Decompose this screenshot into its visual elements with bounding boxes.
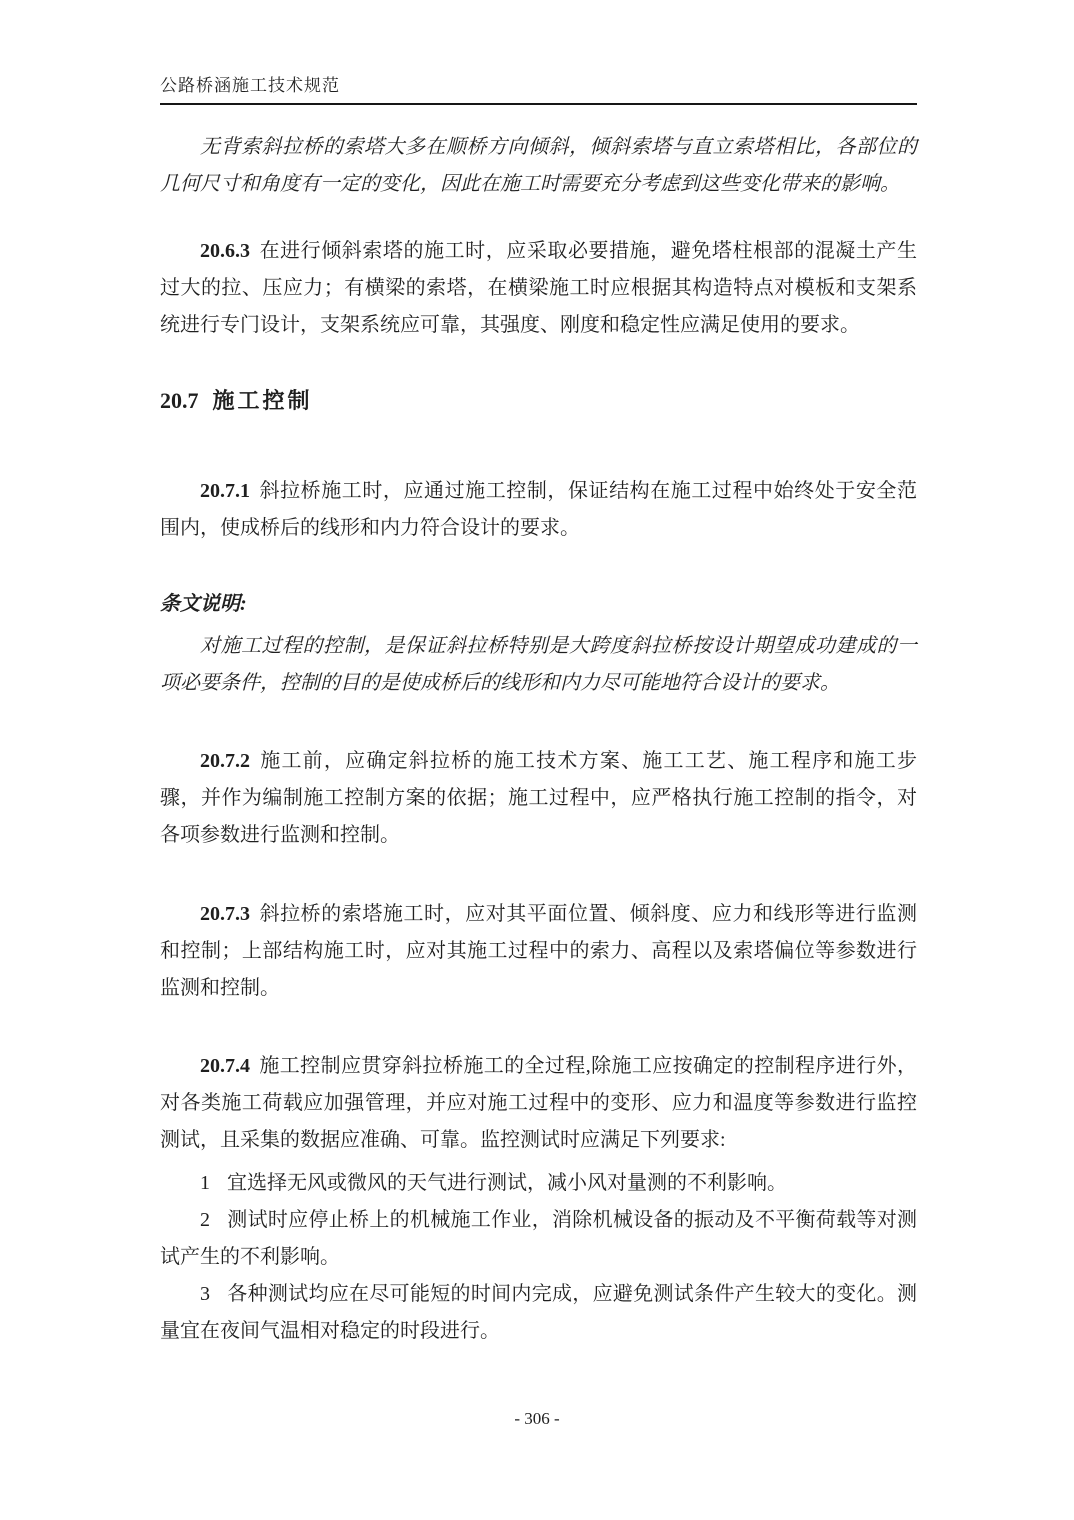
- clause-20-7-4-number: 20.7.4: [200, 1055, 250, 1077]
- clause-20-7-3: 20.7.3斜拉桥的索塔施工时，应对其平面位置、倾斜度、应力和线形等进行监测和控…: [160, 896, 917, 1007]
- requirement-item-2: 2测试时应停止桥上的机械施工作业，消除机械设备的振动及不平衡荷载等对测试产生的不…: [160, 1202, 917, 1276]
- commentary-label-text: 条文说明:: [160, 593, 247, 615]
- intro-paragraph-text: 无背索斜拉桥的索塔大多在顺桥方向倾斜，倾斜索塔与直立索塔相比，各部位的几何尺寸和…: [160, 136, 917, 195]
- commentary-label: 条文说明:: [160, 586, 917, 623]
- page-number-text: - 306 -: [514, 1409, 559, 1428]
- requirement-item-3-text: 各种测试均应在尽可能短的时间内完成，应避免测试条件产生较大的变化。测量宜在夜间气…: [160, 1283, 917, 1342]
- clause-20-7-2-number: 20.7.2: [200, 750, 250, 772]
- requirement-item-1-text: 宜选择无风或微风的天气进行测试，减小风对量测的不利影响。: [227, 1172, 787, 1194]
- clause-20-7-4: 20.7.4施工控制应贯穿斜拉桥施工的全过程,除施工应按确定的控制程序进行外，对…: [160, 1048, 917, 1159]
- section-heading-title: 施工控制: [213, 388, 313, 413]
- clause-20-7-1-number: 20.7.1: [200, 480, 250, 502]
- clause-20-7-2: 20.7.2施工前，应确定斜拉桥的施工技术方案、施工工艺、施工程序和施工步骤，并…: [160, 743, 917, 854]
- section-heading-number: 20.7: [160, 388, 199, 413]
- clause-20-6-3: 20.6.3在进行倾斜索塔的施工时，应采取必要措施，避免塔柱根部的混凝土产生过大…: [160, 233, 917, 344]
- requirement-item-1: 1宜选择无风或微风的天气进行测试，减小风对量测的不利影响。: [160, 1165, 917, 1202]
- requirement-item-2-number: 2: [200, 1209, 210, 1231]
- requirement-item-1-number: 1: [200, 1172, 210, 1194]
- running-header: 公路桥涵施工技术规范: [160, 74, 917, 105]
- requirement-item-2-text: 测试时应停止桥上的机械施工作业，消除机械设备的振动及不平衡荷载等对测试产生的不利…: [160, 1209, 917, 1268]
- clause-20-7-3-number: 20.7.3: [200, 903, 250, 925]
- commentary-paragraph: 对施工过程的控制，是保证斜拉桥特别是大跨度斜拉桥按设计期望成功建成的一项必要条件…: [160, 628, 917, 702]
- clause-20-7-1: 20.7.1斜拉桥施工时，应通过施工控制，保证结构在施工过程中始终处于安全范围内…: [160, 473, 917, 547]
- page-number: - 306 -: [0, 1406, 1074, 1432]
- clause-20-7-2-text: 施工前，应确定斜拉桥的施工技术方案、施工工艺、施工程序和施工步骤，并作为编制施工…: [160, 750, 917, 846]
- clause-20-7-3-text: 斜拉桥的索塔施工时，应对其平面位置、倾斜度、应力和线形等进行监测和控制；上部结构…: [160, 903, 917, 999]
- document-page: 公路桥涵施工技术规范 无背索斜拉桥的索塔大多在顺桥方向倾斜，倾斜索塔与直立索塔相…: [0, 0, 1074, 1520]
- clause-20-6-3-text: 在进行倾斜索塔的施工时，应采取必要措施，避免塔柱根部的混凝土产生过大的拉、压应力…: [160, 240, 917, 336]
- requirements-list: 1宜选择无风或微风的天气进行测试，减小风对量测的不利影响。 2测试时应停止桥上的…: [160, 1165, 917, 1350]
- clause-20-7-4-text: 施工控制应贯穿斜拉桥施工的全过程,除施工应按确定的控制程序进行外，对各类施工荷载…: [160, 1055, 917, 1151]
- requirement-item-3-number: 3: [200, 1283, 210, 1305]
- requirement-item-3: 3各种测试均应在尽可能短的时间内完成，应避免测试条件产生较大的变化。测量宜在夜间…: [160, 1276, 917, 1350]
- intro-paragraph: 无背索斜拉桥的索塔大多在顺桥方向倾斜，倾斜索塔与直立索塔相比，各部位的几何尺寸和…: [160, 129, 917, 203]
- clause-20-7-1-text: 斜拉桥施工时，应通过施工控制，保证结构在施工过程中始终处于安全范围内，使成桥后的…: [160, 480, 917, 539]
- clause-20-6-3-number: 20.6.3: [200, 240, 250, 262]
- page-content: 公路桥涵施工技术规范 无背索斜拉桥的索塔大多在顺桥方向倾斜，倾斜索塔与直立索塔相…: [160, 0, 917, 1350]
- running-header-title: 公路桥涵施工技术规范: [160, 76, 340, 95]
- section-heading-20-7: 20.7施工控制: [160, 384, 917, 418]
- commentary-paragraph-text: 对施工过程的控制，是保证斜拉桥特别是大跨度斜拉桥按设计期望成功建成的一项必要条件…: [160, 635, 917, 694]
